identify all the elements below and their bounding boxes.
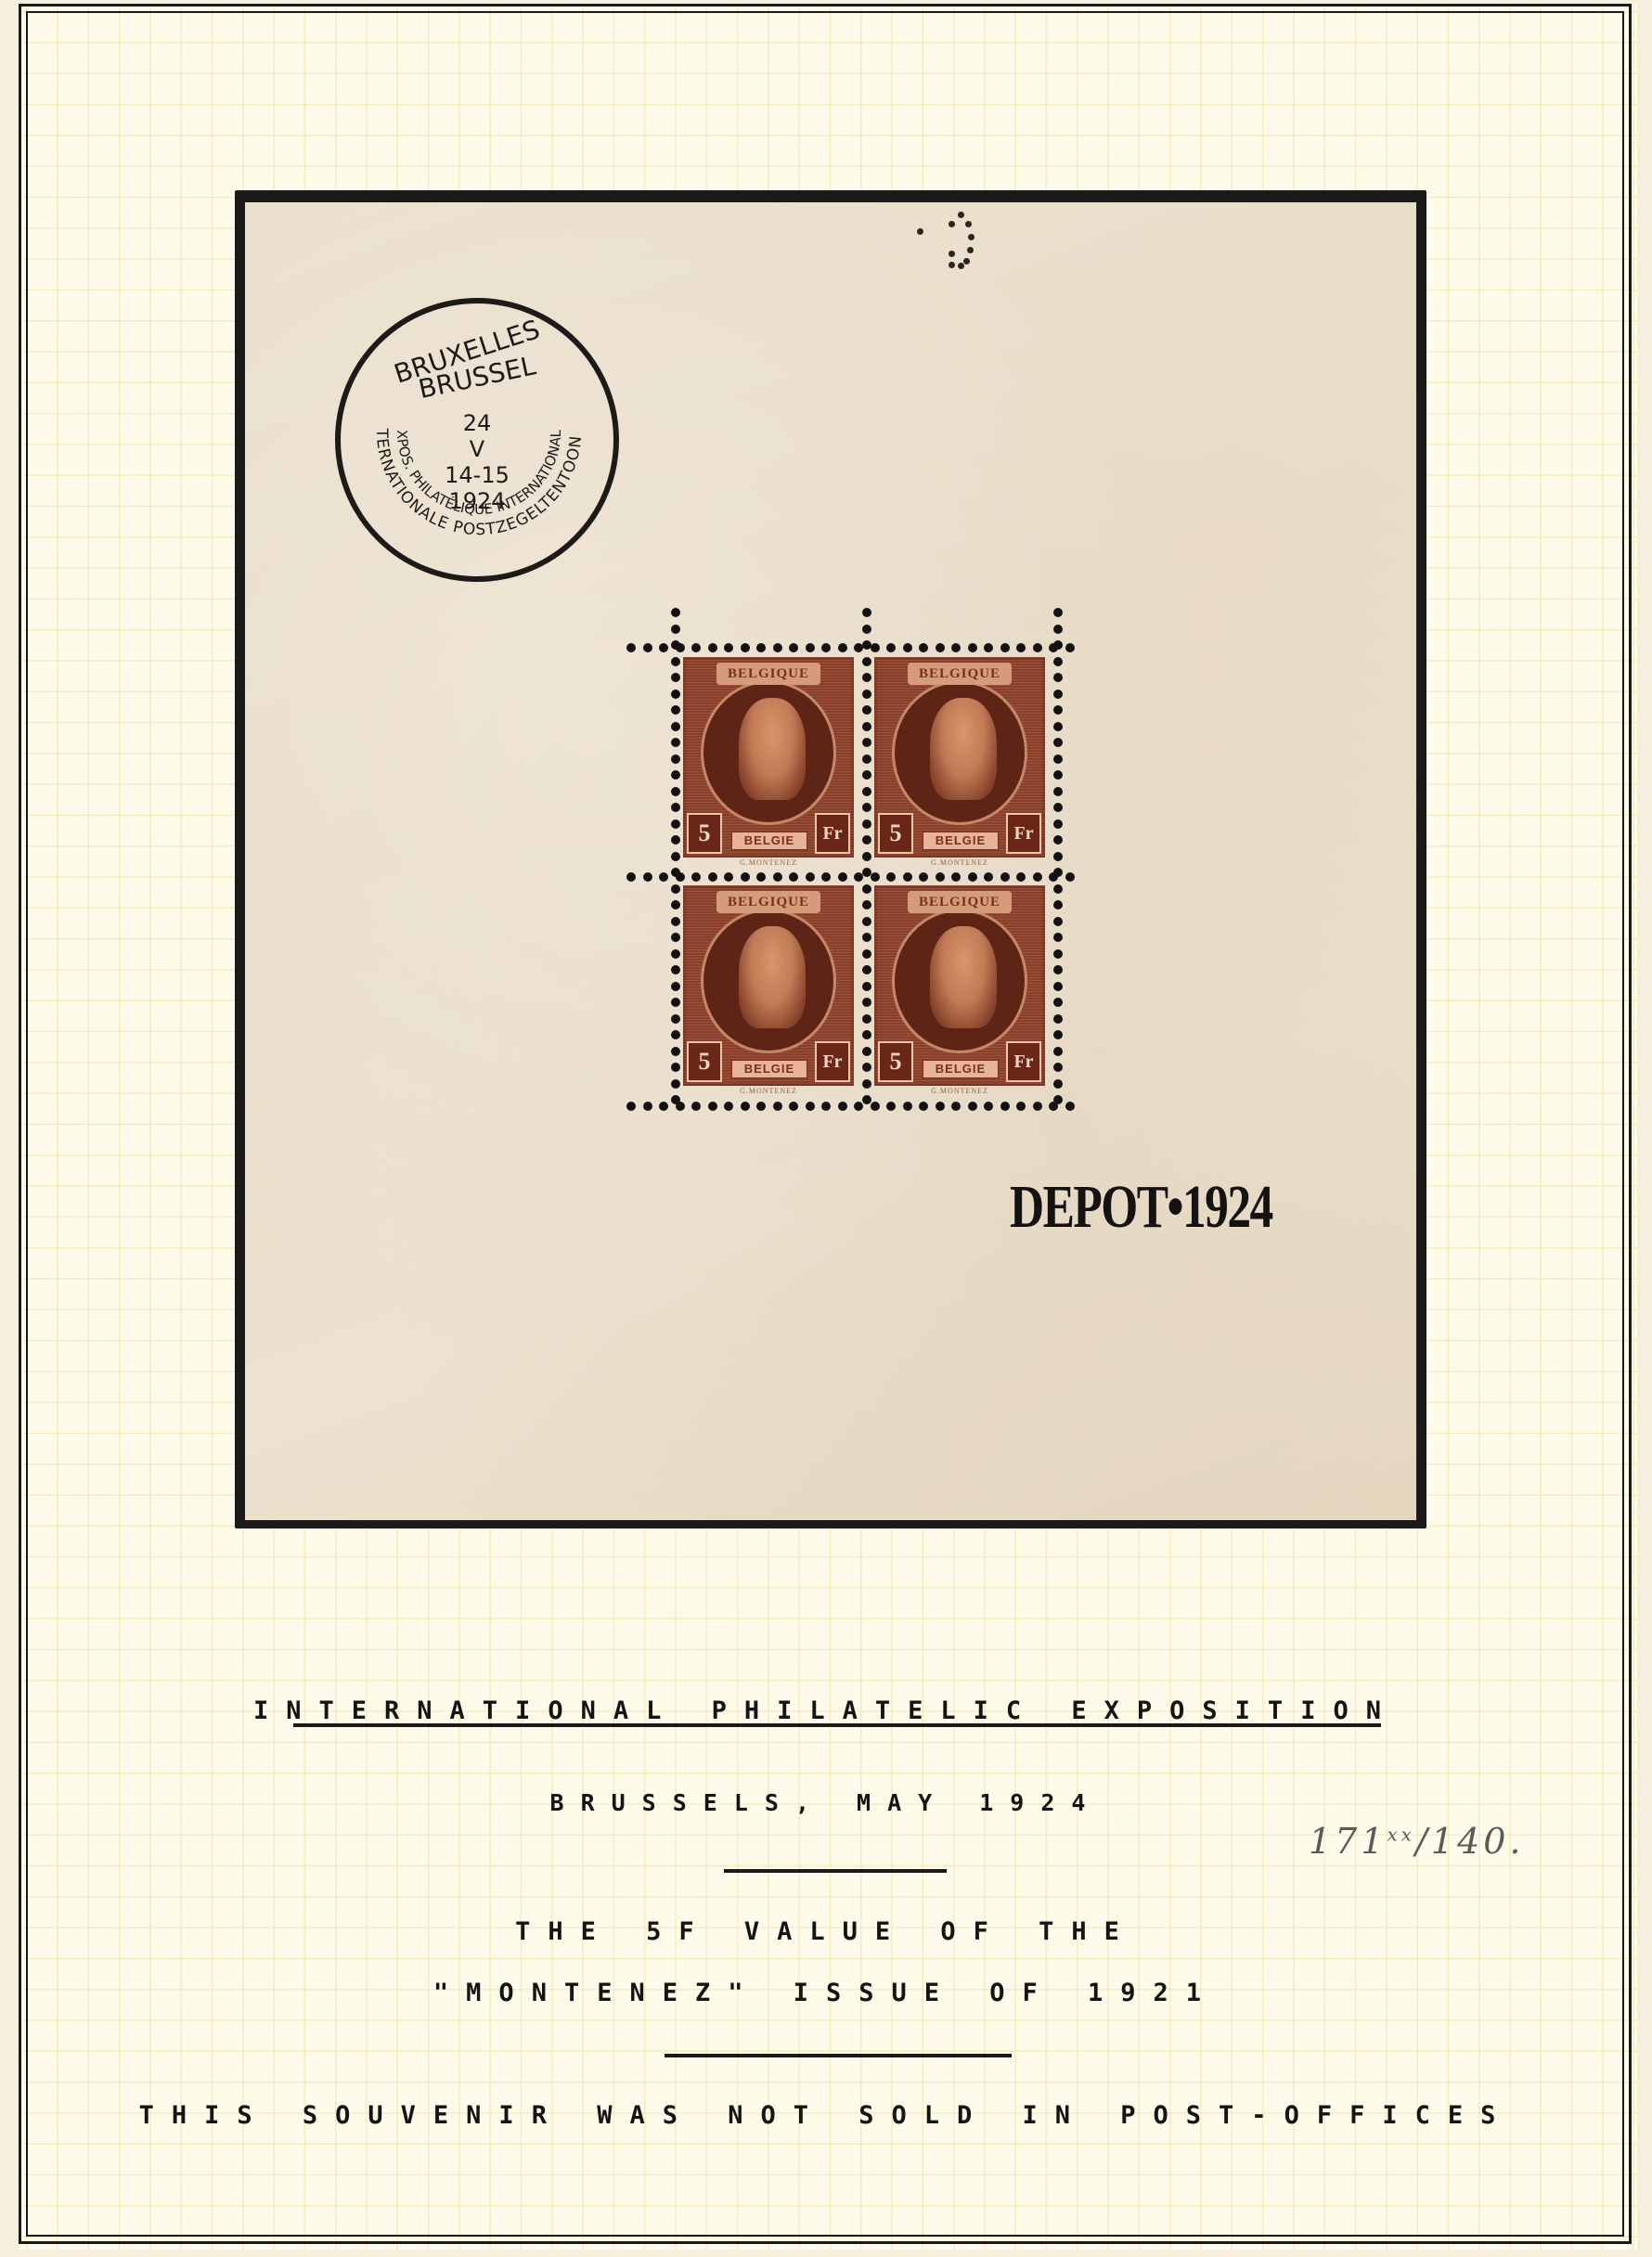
perforation-hole: [671, 640, 680, 650]
perforation-hole: [671, 933, 680, 942]
perforation-hole: [1053, 1063, 1063, 1072]
perforation-hole: [1053, 852, 1063, 861]
perforation-hole: [789, 643, 798, 652]
stamp-country-top: BELGIQUE: [716, 891, 820, 913]
perforation-hole: [1000, 643, 1010, 652]
stamp-country-bottom: BELGIE: [923, 832, 999, 850]
perforation-hole: [984, 872, 993, 882]
perforation-hole: [1053, 754, 1063, 764]
perforation-hole: [862, 884, 871, 894]
perforation-hole: [903, 1102, 912, 1111]
perforation-hole: [1033, 643, 1042, 652]
perforation-hole: [671, 770, 680, 780]
perforation-hole: [1016, 1102, 1026, 1111]
perforation-hole: [1053, 965, 1063, 974]
perforation-hole: [1053, 900, 1063, 909]
perforation-hole: [1053, 1014, 1063, 1024]
perforation-hole: [838, 643, 847, 652]
perforation-hole: [773, 643, 782, 652]
perforation-hole: [671, 705, 680, 715]
perforation-hole: [1053, 868, 1063, 877]
perforation-hole: [1053, 722, 1063, 731]
perforation-hole: [1033, 872, 1042, 882]
stamp-country-bottom: BELGIE: [923, 1060, 999, 1078]
perforation-hole: [862, 982, 871, 991]
perforation-hole: [951, 1102, 961, 1111]
perforation-hole: [1053, 787, 1063, 796]
stamp-country-top: BELGIQUE: [716, 663, 820, 685]
perforation-hole: [862, 787, 871, 796]
perforation-hole: [1000, 872, 1010, 882]
perforation-hole: [1065, 1102, 1075, 1111]
perforation-hole: [1053, 640, 1063, 650]
perforation-hole: [862, 933, 871, 942]
perforation-hole: [626, 1102, 636, 1111]
perforation-hole: [1053, 1047, 1063, 1056]
perforation-hole: [862, 949, 871, 959]
perforation-hole: [671, 884, 680, 894]
stamp: BELGIQUE BELGIE 5 Fr: [874, 885, 1045, 1086]
perforation-hole: [951, 872, 961, 882]
perforation-hole: [724, 1102, 733, 1111]
perforation-hole: [691, 872, 701, 882]
perforation-hole: [886, 643, 896, 652]
perforation-hole: [1053, 1030, 1063, 1039]
perforation-hole: [862, 803, 871, 812]
stamp-designer: G.MONTENEZ: [683, 858, 854, 867]
divider: [665, 2054, 1012, 2057]
stamp-unit: Fr: [815, 1041, 850, 1082]
perforation-hole: [1053, 982, 1063, 991]
perforation-hole: [1053, 608, 1063, 617]
perforation-hole: [862, 625, 871, 634]
perforation-hole: [1000, 1102, 1010, 1111]
perforation-hole: [773, 872, 782, 882]
perforation-hole: [671, 625, 680, 634]
perforation-hole: [951, 643, 961, 652]
caption-line-2: "MONTENEZ" ISSUE OF 1921: [0, 1979, 1652, 2007]
perforation-hole: [862, 900, 871, 909]
stamp-unit: Fr: [1006, 813, 1041, 854]
perforation-hole: [862, 690, 871, 699]
perforation-hole: [773, 1102, 782, 1111]
perforation-hole: [708, 872, 717, 882]
perfin-holes-icon: [937, 212, 993, 267]
perforation-hole: [1065, 643, 1075, 652]
perforation-hole: [626, 643, 636, 652]
perforation-hole: [1016, 872, 1026, 882]
perforation-hole: [838, 872, 847, 882]
perforation-hole: [671, 690, 680, 699]
perforation-hole: [1053, 657, 1063, 666]
perforation-hole: [862, 1030, 871, 1039]
perforation-hole: [671, 1030, 680, 1039]
perforation-hole: [821, 643, 831, 652]
perforation-hole: [886, 1102, 896, 1111]
perforation-hole: [671, 754, 680, 764]
perforation-hole: [862, 1063, 871, 1072]
perforation-hole: [671, 949, 680, 959]
perforation-hole: [1053, 1079, 1063, 1089]
postmark-cancel: BRUXELLES BRUSSEL 24 V 14-15 1924 INTERN…: [330, 293, 624, 587]
perforation-hole: [724, 643, 733, 652]
perforation-hole: [724, 872, 733, 882]
perforation-hole: [862, 1079, 871, 1089]
perforation-hole: [806, 643, 815, 652]
perforation-hole: [671, 852, 680, 861]
perforation-hole: [862, 1047, 871, 1056]
perforation-hole: [1053, 770, 1063, 780]
perforation-hole: [821, 872, 831, 882]
catalog-number: 171: [1309, 1821, 1387, 1862]
perforation-hole: [1033, 1102, 1042, 1111]
stamp-value: 5: [687, 813, 722, 854]
perforation-hole: [643, 643, 652, 652]
king-portrait-icon: [930, 698, 997, 800]
perforation-hole: [862, 705, 871, 715]
perforation-hole: [741, 872, 750, 882]
condition-mark: xx: [1387, 1823, 1416, 1845]
perforation-hole: [671, 1079, 680, 1089]
perforation-hole: [756, 643, 766, 652]
stamp-unit: Fr: [815, 813, 850, 854]
perforation-hole: [1053, 625, 1063, 634]
perforation-hole: [1053, 998, 1063, 1007]
stamp-designer: G.MONTENEZ: [874, 1087, 1045, 1095]
perforation-hole: [871, 643, 880, 652]
perforation-hole: [984, 1102, 993, 1111]
perforation-hole: [936, 1102, 945, 1111]
perforation-hole: [671, 819, 680, 829]
caption-footer: THIS SOUVENIR WAS NOT SOLD IN POST-OFFIC…: [0, 2101, 1652, 2130]
perforation-hole: [708, 1102, 717, 1111]
stamp-country-bottom: BELGIE: [731, 832, 807, 850]
stamp-designer: G.MONTENEZ: [874, 858, 1045, 867]
perforation-hole: [756, 872, 766, 882]
perforation-hole: [671, 982, 680, 991]
perforation-hole: [643, 872, 652, 882]
perforation-hole: [862, 673, 871, 682]
perforation-hole: [838, 1102, 847, 1111]
perforation-hole: [903, 872, 912, 882]
perforation-hole: [862, 770, 871, 780]
perforation-hole: [708, 643, 717, 652]
caption-city-date: BRUSSELS, MAY 1924: [0, 1789, 1652, 1816]
perforation-hole: [862, 722, 871, 731]
svg-text:24: 24: [463, 410, 492, 436]
perforation-hole: [806, 1102, 815, 1111]
perforation-hole: [671, 835, 680, 845]
perforation-hole: [871, 872, 880, 882]
perforation-hole: [862, 738, 871, 747]
perforation-hole: [691, 643, 701, 652]
perforation-hole: [862, 640, 871, 650]
king-portrait-icon: [930, 926, 997, 1028]
divider: [724, 1869, 947, 1873]
perforation-hole: [862, 917, 871, 926]
depot-imprint: DEPOT•1924: [1010, 1177, 1272, 1238]
stamp-country-top: BELGIQUE: [908, 891, 1012, 913]
perforation-hole: [862, 835, 871, 845]
perforation-hole: [671, 722, 680, 731]
perforation-hole: [1053, 690, 1063, 699]
stamp-value: 5: [878, 1041, 913, 1082]
stamp-block: BELGIQUE BELGIE 5 Fr G.MONTENEZ BELGIQUE…: [631, 613, 1077, 1114]
perforation-hole: [968, 643, 977, 652]
perforation-hole: [643, 1102, 652, 1111]
perforation-hole: [691, 1102, 701, 1111]
perforation-hole: [659, 1102, 668, 1111]
perforation-hole: [903, 643, 912, 652]
perforation-hole: [1053, 933, 1063, 942]
perforation-hole: [1053, 949, 1063, 959]
perforation-hole: [671, 998, 680, 1007]
perforation-hole: [671, 1095, 680, 1104]
stamp: BELGIQUE BELGIE 5 Fr: [683, 885, 854, 1086]
perforation-hole: [671, 868, 680, 877]
perforation-hole: [862, 998, 871, 1007]
perforation-hole: [1053, 819, 1063, 829]
perforation-hole: [862, 657, 871, 666]
perforation-hole: [1053, 705, 1063, 715]
perforation-hole: [1053, 803, 1063, 812]
perforation-hole: [741, 1102, 750, 1111]
perforation-hole: [968, 1102, 977, 1111]
perforation-hole: [919, 1102, 928, 1111]
perforation-hole: [671, 900, 680, 909]
perforation-hole: [1053, 884, 1063, 894]
stamp-designer: G.MONTENEZ: [683, 1087, 854, 1095]
stamp-unit: Fr: [1006, 1041, 1041, 1082]
caption-line-1: THE 5F VALUE OF THE: [0, 1917, 1652, 1946]
perforation-hole: [919, 643, 928, 652]
perforation-hole: [862, 868, 871, 877]
perforation-hole: [1065, 872, 1075, 882]
perforation-hole: [756, 1102, 766, 1111]
perforation-hole: [936, 643, 945, 652]
perforation-hole: [1053, 738, 1063, 747]
svg-text:V: V: [470, 436, 485, 462]
perforation-hole: [671, 803, 680, 812]
perforation-hole: [741, 643, 750, 652]
perforation-hole: [862, 852, 871, 861]
perforation-hole: [862, 965, 871, 974]
perforation-hole: [806, 872, 815, 882]
perforation-hole: [984, 643, 993, 652]
pencil-catalog-note: 171xx/140.: [1309, 1821, 1525, 1862]
perforation-hole: [671, 1063, 680, 1072]
perforation-hole: [936, 872, 945, 882]
perforation-hole: [626, 872, 636, 882]
perforation-hole: [871, 1102, 880, 1111]
perforation-hole: [659, 872, 668, 882]
stamp: BELGIQUE BELGIE 5 Fr: [874, 657, 1045, 858]
caption-title: INTERNATIONAL PHILATELIC EXPOSITION: [0, 1696, 1652, 1725]
stamp-value: 5: [687, 1041, 722, 1082]
perforation-hole: [671, 965, 680, 974]
perforation-hole: [854, 1102, 863, 1111]
perforation-hole: [1016, 643, 1026, 652]
svg-text:14-15: 14-15: [445, 462, 510, 488]
stamp-country-bottom: BELGIE: [731, 1060, 807, 1078]
king-portrait-icon: [739, 926, 806, 1028]
perforation-hole: [862, 819, 871, 829]
perforation-hole: [862, 1014, 871, 1024]
stamp-value: 5: [878, 813, 913, 854]
perforation-hole: [1053, 1095, 1063, 1104]
perforation-hole: [671, 1014, 680, 1024]
perforation-hole: [671, 673, 680, 682]
perforation-hole: [671, 608, 680, 617]
stamp: BELGIQUE BELGIE 5 Fr: [683, 657, 854, 858]
perforation-hole: [671, 917, 680, 926]
perforation-hole: [862, 608, 871, 617]
perforation-hole: [919, 872, 928, 882]
title-underline: [293, 1723, 1381, 1727]
perforation-hole: [671, 738, 680, 747]
perforation-hole: [1053, 917, 1063, 926]
perforation-hole: [1053, 673, 1063, 682]
king-portrait-icon: [739, 698, 806, 800]
price-note: /140.: [1415, 1821, 1524, 1862]
postmark-icon: BRUXELLES BRUSSEL 24 V 14-15 1924 INTERN…: [330, 293, 624, 587]
stamp-country-top: BELGIQUE: [908, 663, 1012, 685]
perforation-hole: [789, 1102, 798, 1111]
perforation-hole: [671, 787, 680, 796]
perforation-hole: [968, 872, 977, 882]
perforation-hole: [821, 1102, 831, 1111]
perforation-hole: [886, 872, 896, 882]
perforation-hole: [671, 657, 680, 666]
perforation-hole: [862, 1095, 871, 1104]
perforation-hole: [671, 1047, 680, 1056]
perforation-hole: [1053, 835, 1063, 845]
perforation-hole: [659, 643, 668, 652]
perforation-hole: [789, 872, 798, 882]
perforation-hole: [862, 754, 871, 764]
